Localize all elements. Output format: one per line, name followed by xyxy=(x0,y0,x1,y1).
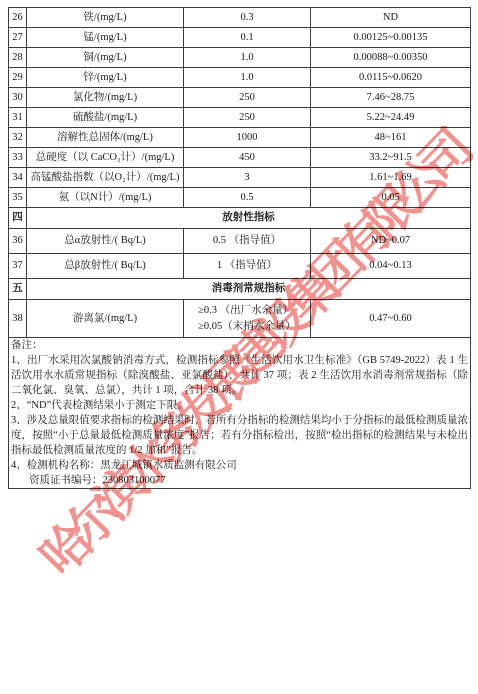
table-row: 30 氯化物/(mg/L) 250 7.46~28.75 xyxy=(9,88,471,108)
row-number: 30 xyxy=(9,88,27,108)
notes-cell: 备注： 1、出厂水采用次氯酸钠消毒方式，检测指标参照《生活饮用水卫生标准》（GB… xyxy=(9,338,471,489)
notes-label: 备注： xyxy=(11,338,468,353)
row-number: 37 xyxy=(9,254,27,279)
limit-value: 1 （指导值） xyxy=(184,254,311,279)
section-number: 五 xyxy=(9,279,27,300)
row-number: 36 xyxy=(9,229,27,254)
result-value: 0.0115~0.0620 xyxy=(311,68,471,88)
indicator-name: 高锰酸盐指数（以O₂计）/(mg/L) xyxy=(27,168,184,188)
result-value: 0.00125~0.00135 xyxy=(311,28,471,48)
limit-value: 0.5 xyxy=(184,188,311,208)
table-row: 31 硫酸盐/(mg/L) 250 5.22~24.49 xyxy=(9,108,471,128)
limit-value: 3 xyxy=(184,168,311,188)
row-number: 27 xyxy=(9,28,27,48)
note-item-3: 3、涉及总量限值要求指标的检测结果时，若所有分指标的检测结果均小于分指标的最低检… xyxy=(11,413,468,458)
indicator-name: 硫酸盐/(mg/L) xyxy=(27,108,184,128)
row-number: 26 xyxy=(9,8,27,28)
section-row-radioactivity: 四 放射性指标 xyxy=(9,208,471,229)
row-number: 29 xyxy=(9,68,27,88)
result-value: 0.47~0.60 xyxy=(311,300,471,338)
row-number: 38 xyxy=(9,300,27,338)
result-value: 5.22~24.49 xyxy=(311,108,471,128)
result-value: ND~0.07 xyxy=(311,229,471,254)
note-item-4: 4、检测机构名称：黑龙江城镇水质监测有限公司 xyxy=(11,458,468,473)
section-number: 四 xyxy=(9,208,27,229)
section-row-disinfectant: 五 消毒剂常规指标 xyxy=(9,279,471,300)
indicator-name: 总β放射性/( Bq/L) xyxy=(27,254,184,279)
result-value: 1.61~1.69 xyxy=(311,168,471,188)
table-row: 26 铁/(mg/L) 0.3 ND xyxy=(9,8,471,28)
row-number: 34 xyxy=(9,168,27,188)
section-title: 放射性指标 xyxy=(27,208,471,229)
indicator-name: 铁/(mg/L) xyxy=(27,8,184,28)
limit-line-1: ≥0.3 （出厂水余量） xyxy=(198,305,293,316)
report-page: 26 铁/(mg/L) 0.3 ND 27 锰/(mg/L) 0.1 0.001… xyxy=(0,0,478,694)
indicator-name: 游离氯/(mg/L) xyxy=(27,300,184,338)
table-row: 37 总β放射性/( Bq/L) 1 （指导值） 0.04~0.13 xyxy=(9,254,471,279)
result-value: 33.2~91.5 xyxy=(311,148,471,168)
section-title: 消毒剂常规指标 xyxy=(27,279,471,300)
indicator-name: 锌/(mg/L) xyxy=(27,68,184,88)
indicator-name: 溶解性总固体/(mg/L) xyxy=(27,128,184,148)
indicator-name: 锰/(mg/L) xyxy=(27,28,184,48)
certificate-number: 资质证书编号：230803100077 xyxy=(11,473,468,488)
limit-line-2: ≥0.05（末梢水余量） xyxy=(198,321,296,332)
result-value: 48~161 xyxy=(311,128,471,148)
row-number: 35 xyxy=(9,188,27,208)
limit-value: 250 xyxy=(184,88,311,108)
table-row: 33 总硬度（以 CaCO₃计）/(mg/L) 450 33.2~91.5 xyxy=(9,148,471,168)
indicator-name: 氨（以N计）/(mg/L) xyxy=(27,188,184,208)
result-value: 7.46~28.75 xyxy=(311,88,471,108)
limit-value: 450 xyxy=(184,148,311,168)
limit-value: 1000 xyxy=(184,128,311,148)
result-value: 0.05 xyxy=(311,188,471,208)
table-row: 38 游离氯/(mg/L) ≥0.3 （出厂水余量） ≥0.05（末梢水余量） … xyxy=(9,300,471,338)
row-number: 28 xyxy=(9,48,27,68)
result-value: 0.00088~0.00350 xyxy=(311,48,471,68)
table-row: 32 溶解性总固体/(mg/L) 1000 48~161 xyxy=(9,128,471,148)
table-row: 28 铜/(mg/L) 1.0 0.00088~0.00350 xyxy=(9,48,471,68)
row-number: 32 xyxy=(9,128,27,148)
limit-value: ≥0.3 （出厂水余量） ≥0.05（末梢水余量） xyxy=(184,300,311,338)
water-quality-table: 26 铁/(mg/L) 0.3 ND 27 锰/(mg/L) 0.1 0.001… xyxy=(8,7,471,489)
table-row: 34 高锰酸盐指数（以O₂计）/(mg/L) 3 1.61~1.69 xyxy=(9,168,471,188)
table-row: 36 总α放射性/( Bq/L) 0.5 （指导值） ND~0.07 xyxy=(9,229,471,254)
note-item-2: 2、“ND”代表检测结果小于测定下限。 xyxy=(11,398,468,413)
note-item-1: 1、出厂水采用次氯酸钠消毒方式，检测指标参照《生活饮用水卫生标准》（GB 574… xyxy=(11,353,468,398)
table-row: 29 锌/(mg/L) 1.0 0.0115~0.0620 xyxy=(9,68,471,88)
result-value: ND xyxy=(311,8,471,28)
table-row: 35 氨（以N计）/(mg/L) 0.5 0.05 xyxy=(9,188,471,208)
limit-value: 0.1 xyxy=(184,28,311,48)
limit-value: 1.0 xyxy=(184,48,311,68)
row-number: 31 xyxy=(9,108,27,128)
indicator-name: 铜/(mg/L) xyxy=(27,48,184,68)
limit-value: 0.3 xyxy=(184,8,311,28)
indicator-name: 总α放射性/( Bq/L) xyxy=(27,229,184,254)
indicator-name: 氯化物/(mg/L) xyxy=(27,88,184,108)
limit-value: 250 xyxy=(184,108,311,128)
notes-row: 备注： 1、出厂水采用次氯酸钠消毒方式，检测指标参照《生活饮用水卫生标准》（GB… xyxy=(9,338,471,489)
indicator-name: 总硬度（以 CaCO₃计）/(mg/L) xyxy=(27,148,184,168)
row-number: 33 xyxy=(9,148,27,168)
result-value: 0.04~0.13 xyxy=(311,254,471,279)
limit-value: 0.5 （指导值） xyxy=(184,229,311,254)
limit-value: 1.0 xyxy=(184,68,311,88)
table-row: 27 锰/(mg/L) 0.1 0.00125~0.00135 xyxy=(9,28,471,48)
